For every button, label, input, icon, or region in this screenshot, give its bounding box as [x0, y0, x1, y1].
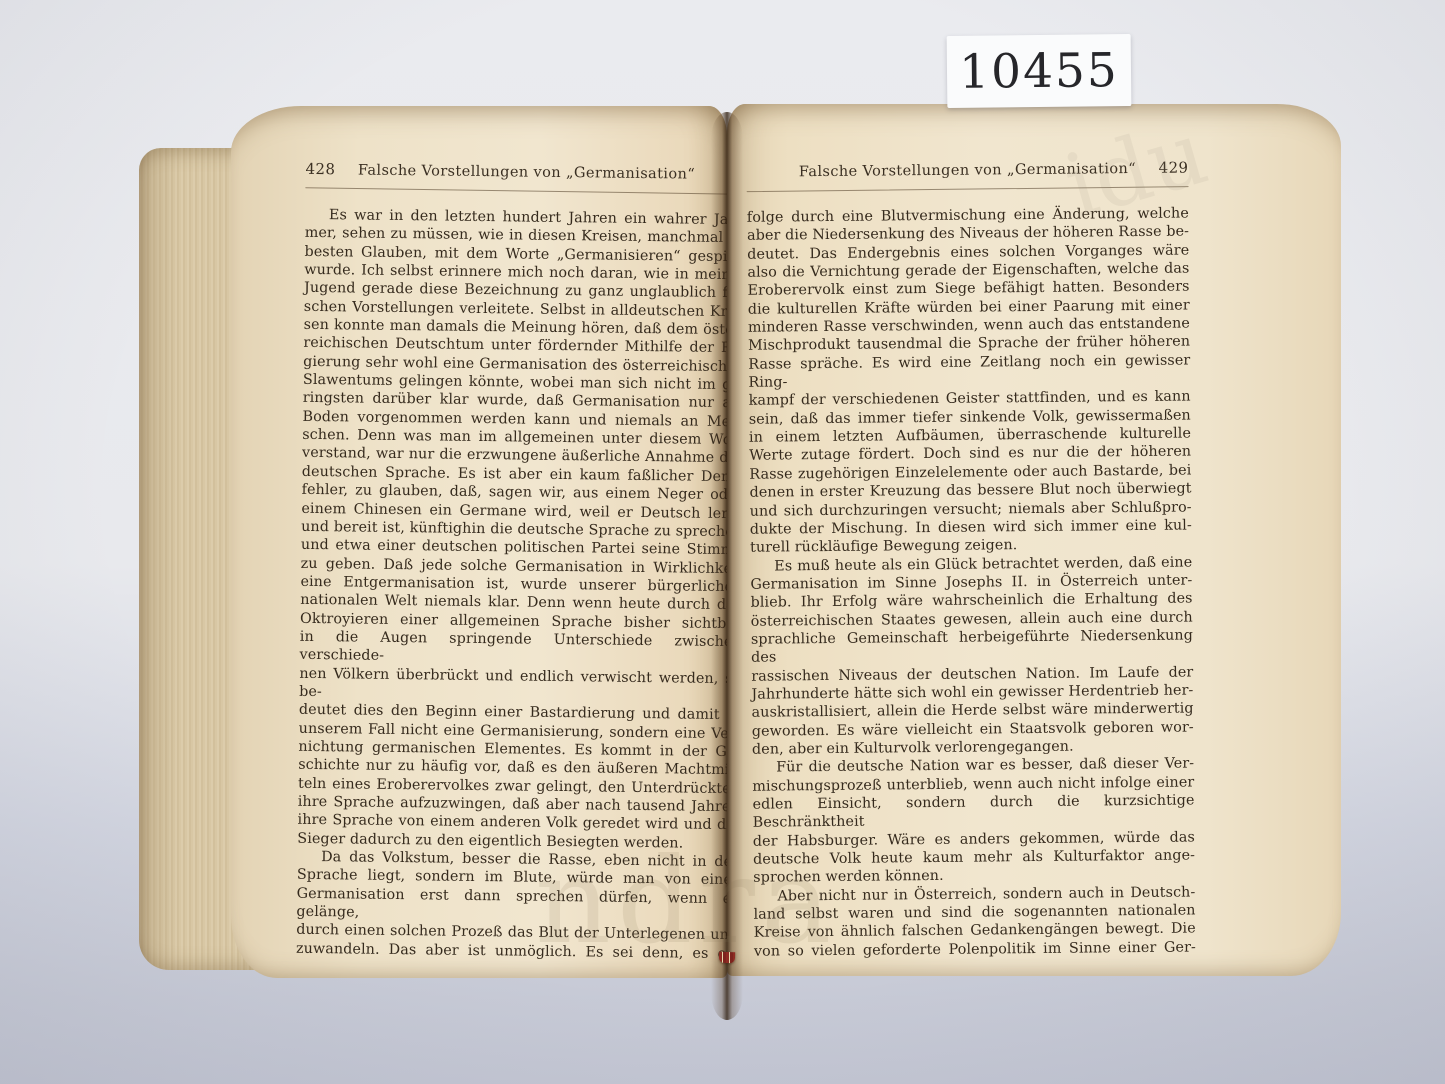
open-book: 428 Falsche Vorstellungen von „Germanisa… [135, 90, 1263, 990]
text-line: Rasse spräche. Es wird eine Zeitlang noc… [748, 351, 1190, 392]
page-number-right: 429 [1142, 159, 1188, 177]
running-header-right: Falsche Vorstellungen von „Germanisation… [792, 161, 1142, 180]
page-content-left: 428 Falsche Vorstellungen von „Germanisa… [226, 103, 733, 981]
header-rule-left [305, 187, 747, 195]
page-text-left: Es war in den letzten hundert Jahren ein… [296, 206, 747, 963]
inventory-number: 10455 [959, 47, 1119, 96]
text-line: nen Völkern überbrückt und endlich verwi… [299, 664, 741, 706]
inventory-label: 10455 [947, 34, 1132, 108]
text-line: Germanisation erst dann sprechen dürfen,… [296, 885, 738, 927]
text-line: von so vielen geforderte Polenpolitik im… [754, 938, 1196, 961]
running-header-left: Falsche Vorstellungen von „Germanisation… [351, 162, 701, 182]
text-line: in die Augen springende Unterschiede zwi… [299, 628, 741, 670]
page-header-right: Falsche Vorstellungen von „Germanisation… [746, 159, 1188, 181]
spine-headband [719, 952, 735, 964]
page-header-left: 428 Falsche Vorstellungen von „Germanisa… [305, 160, 747, 183]
book-page-right: Falsche Vorstellungen von „Germanisation… [727, 104, 1341, 976]
photo-background: 10455 428 Falsche Vorstellungen von „Ger… [0, 0, 1445, 1084]
page-content-right: Falsche Vorstellungen von „Germanisation… [723, 101, 1345, 979]
book-page-left: 428 Falsche Vorstellungen von „Germanisa… [231, 106, 727, 978]
header-rule-right [747, 186, 1189, 192]
page-number-left: 428 [305, 160, 351, 179]
text-line: edlen Einsicht, sondern durch die kurzsi… [752, 791, 1194, 832]
text-line: sprachliche Gemeinschaft herbeigeführte … [751, 626, 1193, 667]
page-text-right: folge durch eine Blutvermischung eine Än… [747, 204, 1196, 960]
